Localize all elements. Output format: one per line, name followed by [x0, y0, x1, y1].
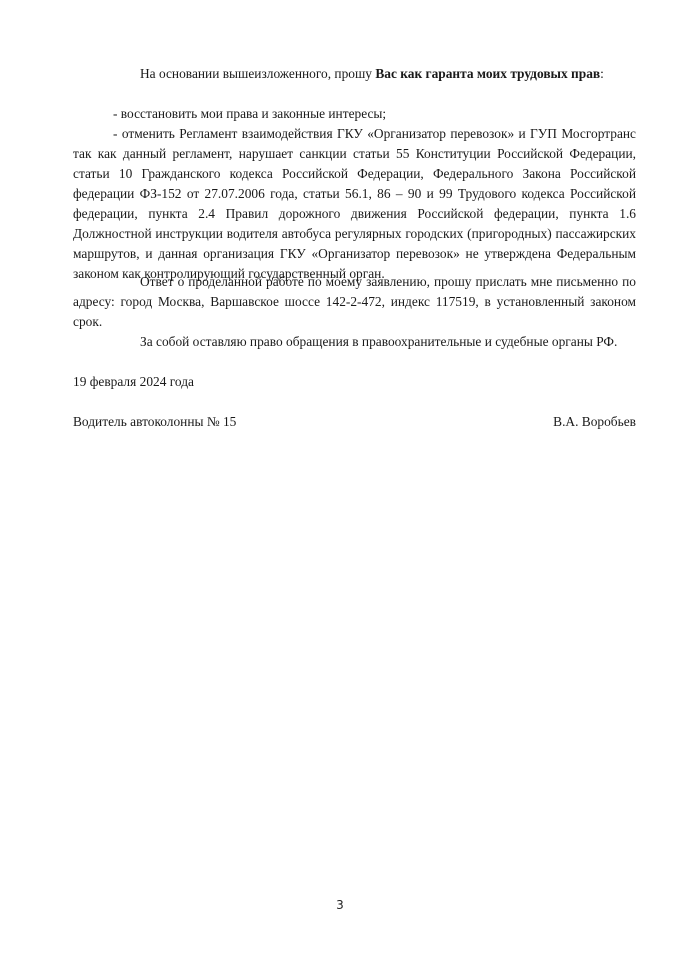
reply-request-paragraph: Ответ о проделанной работе по моему заяв…: [73, 272, 636, 332]
signer-name: В.А. Воробьев: [553, 412, 636, 432]
request-item: - отменить Регламент взаимодействия ГКУ …: [73, 124, 636, 284]
signature-block: Водитель автоколонны № 15 В.А. Воробьев: [73, 412, 636, 432]
request-list: - восстановить мои права и законные инте…: [73, 104, 636, 284]
reservation-paragraph: За собой оставляю право обращения в прав…: [73, 332, 636, 352]
document-page: На основании вышеизложенного, прошу Вас …: [0, 0, 680, 963]
page-number: 3: [0, 898, 680, 912]
intro-paragraph: На основании вышеизложенного, прошу Вас …: [73, 64, 636, 84]
intro-prefix: На основании вышеизложенного, прошу: [140, 66, 375, 81]
intro-bold: Вас как гаранта моих трудовых прав: [375, 66, 600, 81]
document-date: 19 февраля 2024 года: [73, 372, 636, 392]
intro-suffix: :: [600, 66, 604, 81]
request-item: - восстановить мои права и законные инте…: [73, 104, 636, 124]
signer-position: Водитель автоколонны № 15: [73, 412, 236, 432]
